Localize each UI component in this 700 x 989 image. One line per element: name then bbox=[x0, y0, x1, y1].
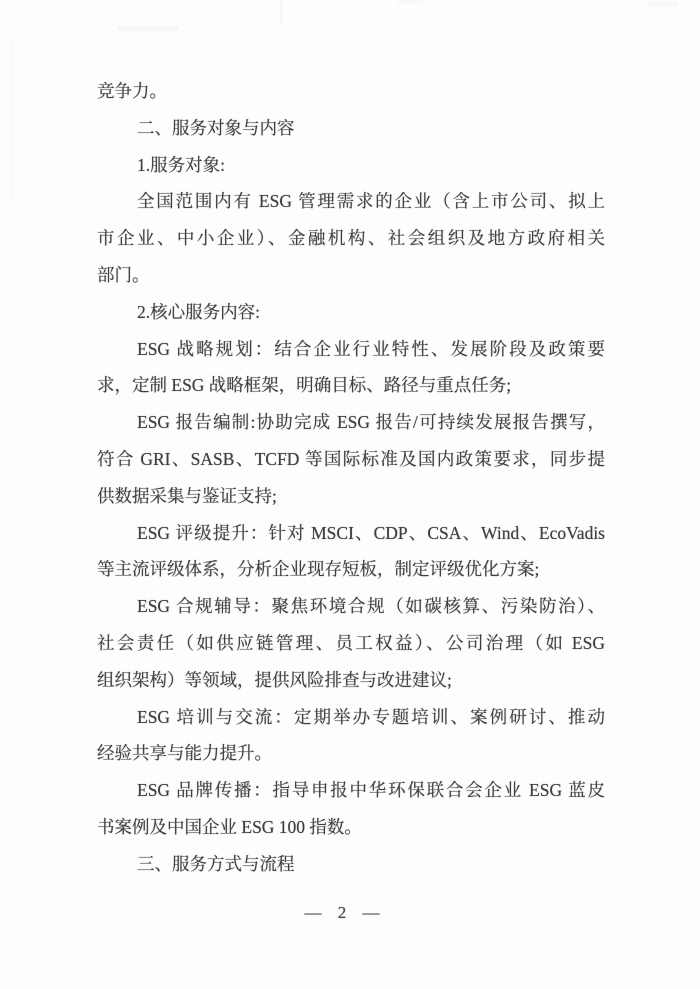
page-footer: — 2 — bbox=[0, 903, 690, 923]
scan-artifact bbox=[10, 40, 14, 200]
text-line: ESG 品牌传播：指导申报中华环保联合会企业 ESG 蓝皮 bbox=[97, 772, 605, 809]
text-line: 全国范围内有 ESG 管理需求的企业（含上市公司、拟上 bbox=[97, 183, 605, 220]
scan-artifact bbox=[280, 0, 282, 24]
document-page: 竞争力。二、服务对象与内容1.服务对象:全国范围内有 ESG 管理需求的企业（含… bbox=[0, 0, 700, 989]
text-line: 2.核心服务内容: bbox=[97, 294, 605, 331]
text-line: 社会责任（如供应链管理、员工权益）、公司治理（如 ESG bbox=[97, 625, 605, 662]
text-line: ESG 报告编制:协助完成 ESG 报告/可持续发展报告撰写， bbox=[97, 404, 605, 441]
document-lines: 竞争力。二、服务对象与内容1.服务对象:全国范围内有 ESG 管理需求的企业（含… bbox=[97, 73, 605, 883]
text-line: ESG 培训与交流：定期举办专题培训、案例研讨、推动 bbox=[97, 699, 605, 736]
document-text: 竞争力。二、服务对象与内容1.服务对象:全国范围内有 ESG 管理需求的企业（含… bbox=[97, 73, 605, 883]
scan-artifact bbox=[648, 2, 678, 7]
text-line: 等主流评级体系，分析企业现存短板，制定评级优化方案; bbox=[97, 551, 605, 588]
text-line: ESG 评级提升：针对 MSCI、CDP、CSA、Wind、EcoVadis bbox=[97, 515, 605, 552]
text-line: 1.服务对象: bbox=[97, 147, 605, 184]
text-line: 市企业、中小企业）、金融机构、社会组织及地方政府相关 bbox=[97, 220, 605, 257]
text-line: 三、服务方式与流程 bbox=[97, 846, 605, 883]
scan-artifact bbox=[398, 0, 424, 4]
text-line: 符合 GRI、SASB、TCFD 等国际标准及国内政策要求，同步提 bbox=[97, 441, 605, 478]
text-line: 书案例及中国企业 ESG 100 指数。 bbox=[97, 809, 605, 846]
text-line: 二、服务对象与内容 bbox=[97, 110, 605, 147]
text-line: 组织架构）等领域，提供风险排查与改进建议; bbox=[97, 662, 605, 699]
text-line: 经验共享与能力提升。 bbox=[97, 735, 605, 772]
text-line: ESG 战略规划：结合企业行业特性、发展阶段及政策要 bbox=[97, 331, 605, 368]
text-line: 部门。 bbox=[97, 257, 605, 294]
text-line: 求，定制 ESG 战略框架，明确目标、路径与重点任务; bbox=[97, 367, 605, 404]
text-line: 竞争力。 bbox=[97, 73, 605, 110]
scan-artifact bbox=[118, 26, 178, 31]
text-line: 供数据采集与鉴证支持; bbox=[97, 478, 605, 515]
page-number: — 2 — bbox=[305, 903, 386, 922]
text-line: ESG 合规辅导：聚焦环境合规（如碳核算、污染防治）、 bbox=[97, 588, 605, 625]
